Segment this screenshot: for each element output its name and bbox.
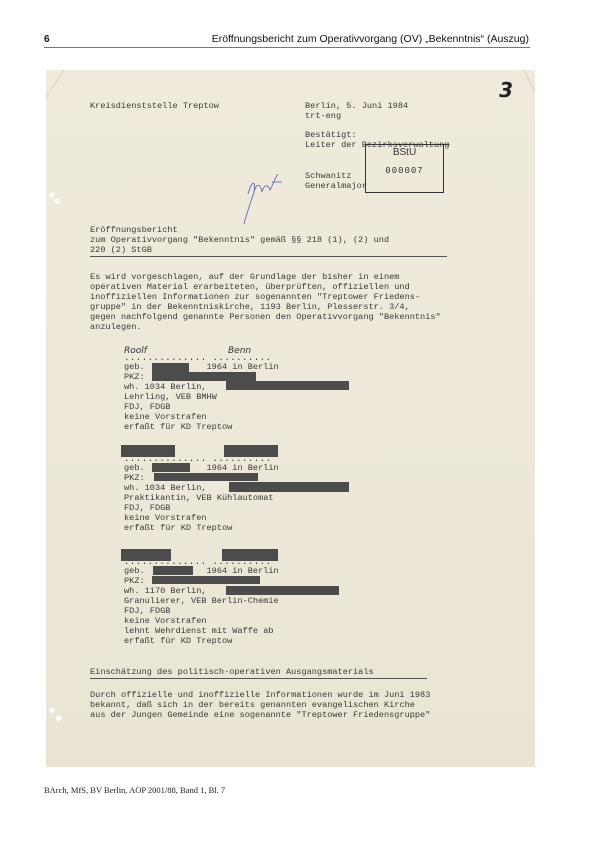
bstu-stamp: BStU 000007 [365,144,444,193]
scanned-document: 3 Kreisdienststelle Treptow Berlin, 5. J… [46,70,535,767]
redaction [152,576,260,584]
intro-line: anzulegen. [90,323,142,332]
person-record: keine Vorstrafen [124,514,207,523]
redaction [226,381,349,390]
approver-rank: Generalmajor [305,182,367,191]
person-born: geb. 1964 in Berlin [124,567,279,576]
stamp-number: 000007 [366,166,443,176]
approver-name: Schwanitz [305,172,351,181]
redaction [152,463,190,472]
intro-line: gegen nachfolgend genannte Personen den … [90,313,441,322]
source-citation: BArch, MfS, BV Berlin, AOP 2001/88, Band… [44,785,225,795]
person-organizations: FDJ, FDGB [124,403,170,412]
person-record: keine Vorstrafen [124,617,207,626]
section-line: aus der Jungen Gemeinde eine sogenannte … [90,711,430,720]
person-pkz: PKZ: [124,474,145,483]
person-residence: wh. 1034 Berlin, [124,383,207,392]
page-number: 6 [44,34,50,45]
office-name: Kreisdienststelle Treptow [90,102,219,111]
page-mark: 3 [499,78,513,102]
date-line: Berlin, 5. Juni 1984 [305,102,408,111]
person-occupation: Granulierer, VEB Berlin-Chemie [124,597,279,606]
person-residence: wh. 1034 Berlin, [124,484,207,493]
person-born: geb. 1964 in Berlin [124,464,279,473]
page-header-title: Eröffnungsbericht zum Operativvorgang (O… [212,33,529,45]
stamp-agency: BStU [366,147,443,158]
person-registered: erfaßt für KD Treptow [124,524,232,533]
person-record: keine Vorstrafen [124,413,207,422]
approval-role-prefix: Leiter der Be [305,140,372,150]
redaction [226,586,339,595]
section-heading: Einschätzung des politisch-operativen Au… [90,668,374,677]
section-line: Durch offizielle und inoffizielle Inform… [90,691,430,700]
person-born: geb. 1964 in Berlin [124,363,279,372]
redaction [152,363,189,372]
subject-line-3: 220 (2) StGB [90,246,152,255]
person-organizations: FDJ, FDGB [124,607,170,616]
redaction [153,566,193,575]
intro-line: gruppe" in der Bekenntniskirche, 1193 Be… [90,303,410,312]
intro-line: operativen Material erarbeiteten, überpr… [90,283,410,292]
signature [242,170,287,225]
header-rule [44,47,530,48]
intro-line: Es wird vorgeschlagen, auf der Grundlage… [90,273,399,282]
subject-line-2: zum Operativvorgang "Bekenntnis" gemäß §… [90,236,389,245]
person-organizations: FDJ, FDGB [124,504,170,513]
subject-underline [90,256,447,257]
redaction [154,473,258,481]
person-registered: erfaßt für KD Treptow [124,637,232,646]
person-pkz: PKZ: [124,373,145,382]
approval-label: Bestätigt: [305,131,357,140]
section-heading-underline [90,678,427,679]
person-pkz: PKZ: [124,577,145,586]
intro-line: inoffiziellen Informationen zur sogenann… [90,293,420,302]
paper-fold-lines [46,70,535,767]
subject-line-1: Eröffnungsbericht [90,226,178,235]
person-registered: erfaßt für KD Treptow [124,423,232,432]
section-line: bekannt, daß sich in der bereits genannt… [90,701,415,710]
redaction [229,482,349,492]
reference: trt-eng [305,112,341,121]
person-occupation: Lehrling, VEB BMHW [124,393,217,402]
person-extra: lehnt Wehrdienst mit Waffe ab [124,627,274,636]
person-occupation: Praktikantin, VEB Kühlautomat [124,494,274,503]
redaction [152,372,256,381]
person-residence: wh. 1170 Berlin, [124,587,207,596]
